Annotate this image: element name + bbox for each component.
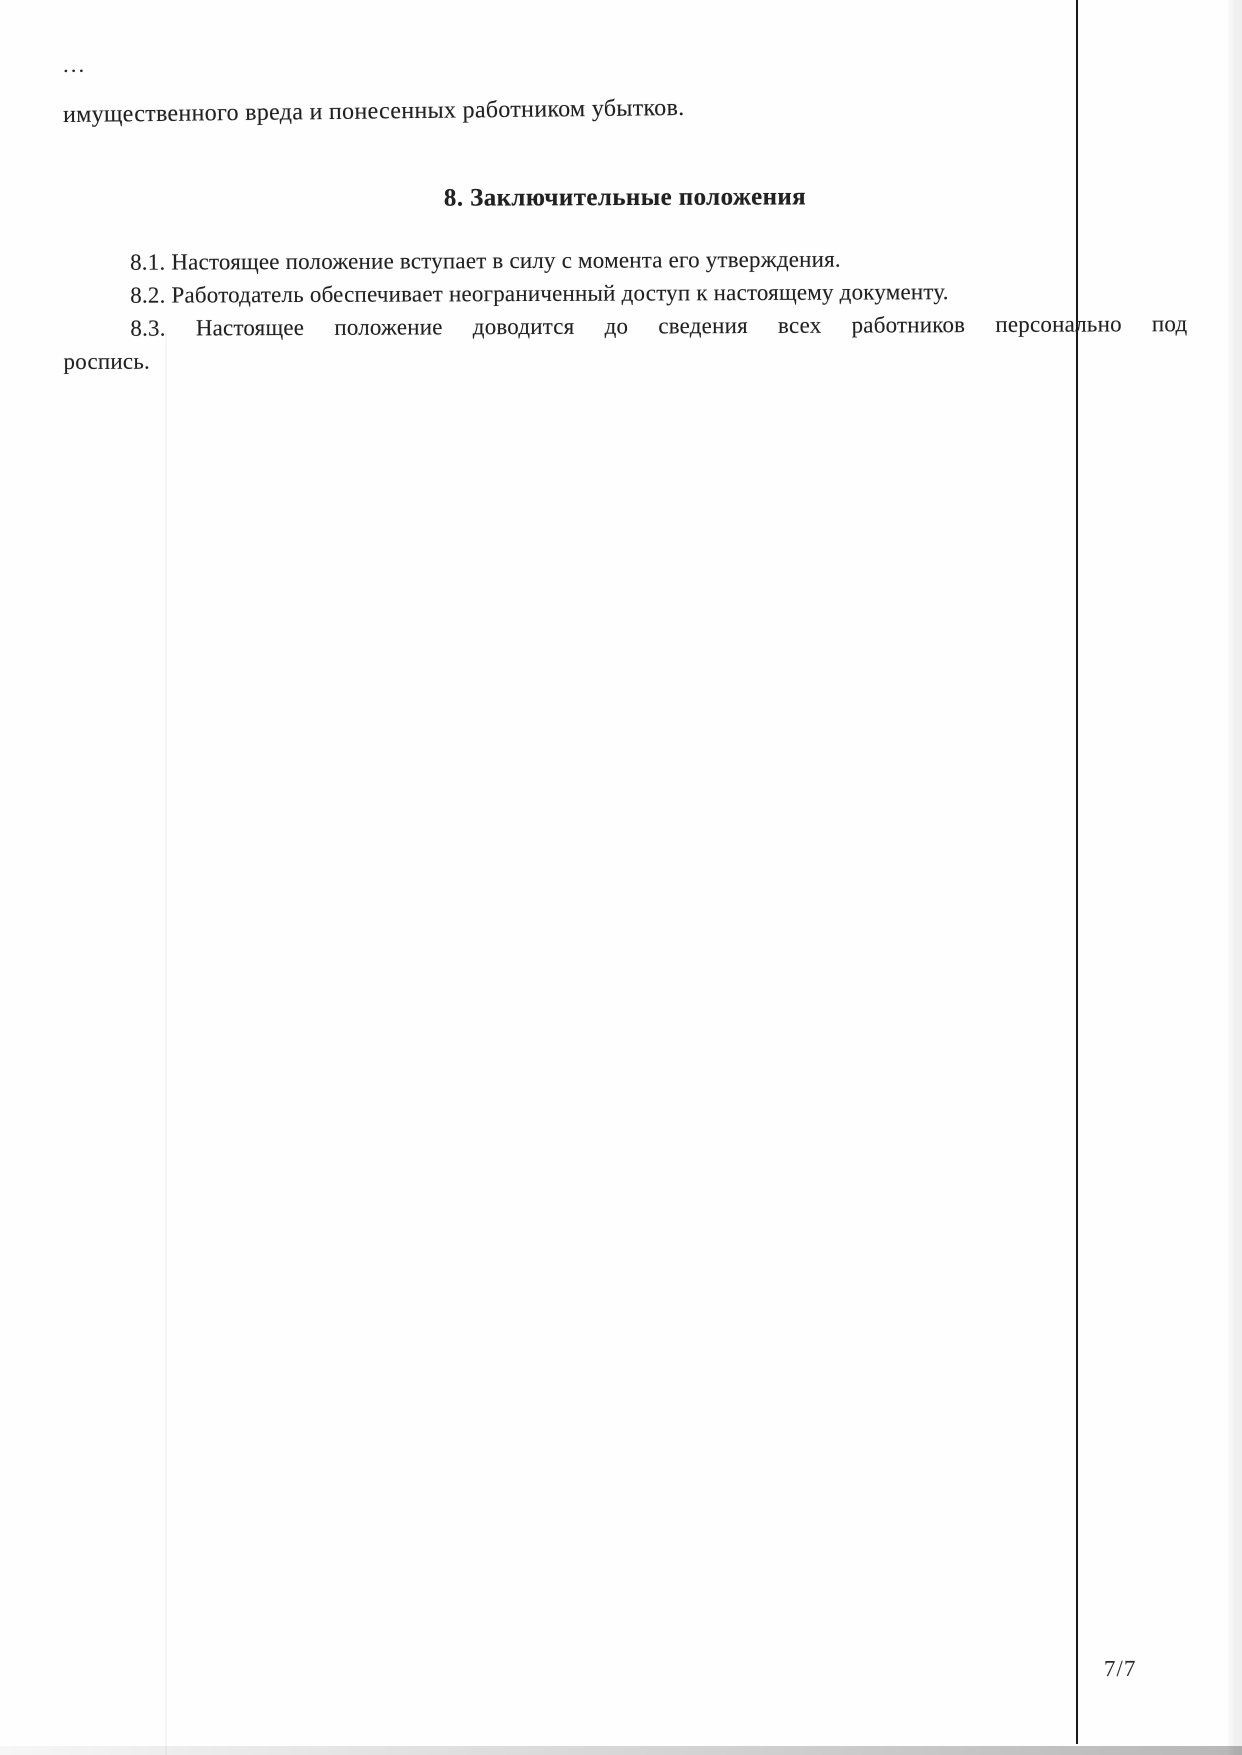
continuation-ellipsis: ... xyxy=(63,52,86,78)
clause-8-3-line2: роспись. xyxy=(63,340,1187,378)
clauses-block: 8.1. Настоящее положение вступает в силу… xyxy=(63,241,1188,378)
section-heading: 8. Заключительные положения xyxy=(63,182,1187,214)
page-number: 7/7 xyxy=(1104,1656,1137,1682)
clause-8-3: 8.3. Настоящее положение доводится до св… xyxy=(63,307,1187,378)
continuation-line: имущественного вреда и понесенных работн… xyxy=(63,95,685,129)
clause-8-3-line1: 8.3. Настоящее положение доводится до св… xyxy=(63,307,1187,345)
clause-8-2: 8.2. Работодатель обеспечивает неогранич… xyxy=(63,274,1187,312)
scan-bottom-edge-shadow xyxy=(0,1746,1242,1755)
scan-fold-line xyxy=(1076,0,1078,1744)
scanned-document-page: ... имущественного вреда и понесенных ра… xyxy=(0,0,1242,1755)
clause-8-1: 8.1. Настоящее положение вступает в силу… xyxy=(63,241,1187,279)
scan-seam-artifact xyxy=(165,330,167,1755)
scan-right-edge-shadow xyxy=(1226,0,1242,1755)
